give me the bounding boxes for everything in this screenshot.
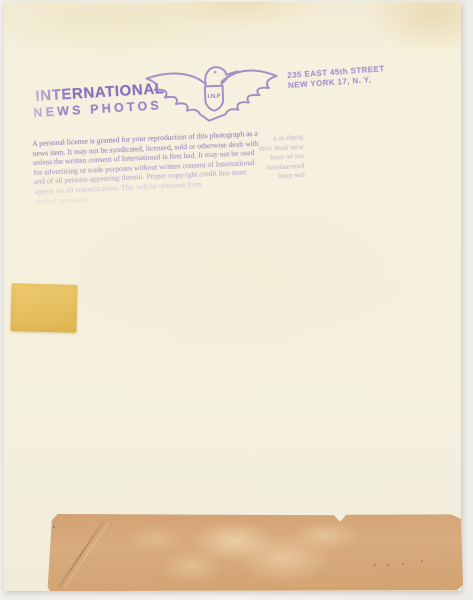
brown-tape-strip <box>46 514 463 591</box>
yellow-tape-remnant <box>10 283 77 333</box>
ink-offset-transfer: graph as a wise dealt with not be used I… <box>223 132 305 184</box>
agency-address: 235 EAST 45th STREET NEW YORK 17, N. Y. <box>287 64 386 91</box>
tape-speck <box>374 564 376 566</box>
inp-monogram: I.N.P <box>207 94 220 100</box>
tape-speck <box>402 563 404 565</box>
tape-speck <box>53 526 55 528</box>
tape-speck <box>421 560 423 562</box>
tape-crease-highlight <box>65 522 109 587</box>
inp-eagle-logo-icon: I.N.P <box>142 58 282 129</box>
tape-speck <box>387 564 389 566</box>
tape-crease-line <box>57 521 104 589</box>
scanned-photo-back: INTERNATIONAL NEWS PHOTOS I.N.P 235 EAST… <box>0 0 473 600</box>
photo-paper: INTERNATIONAL NEWS PHOTOS I.N.P 235 EAST… <box>4 2 461 591</box>
